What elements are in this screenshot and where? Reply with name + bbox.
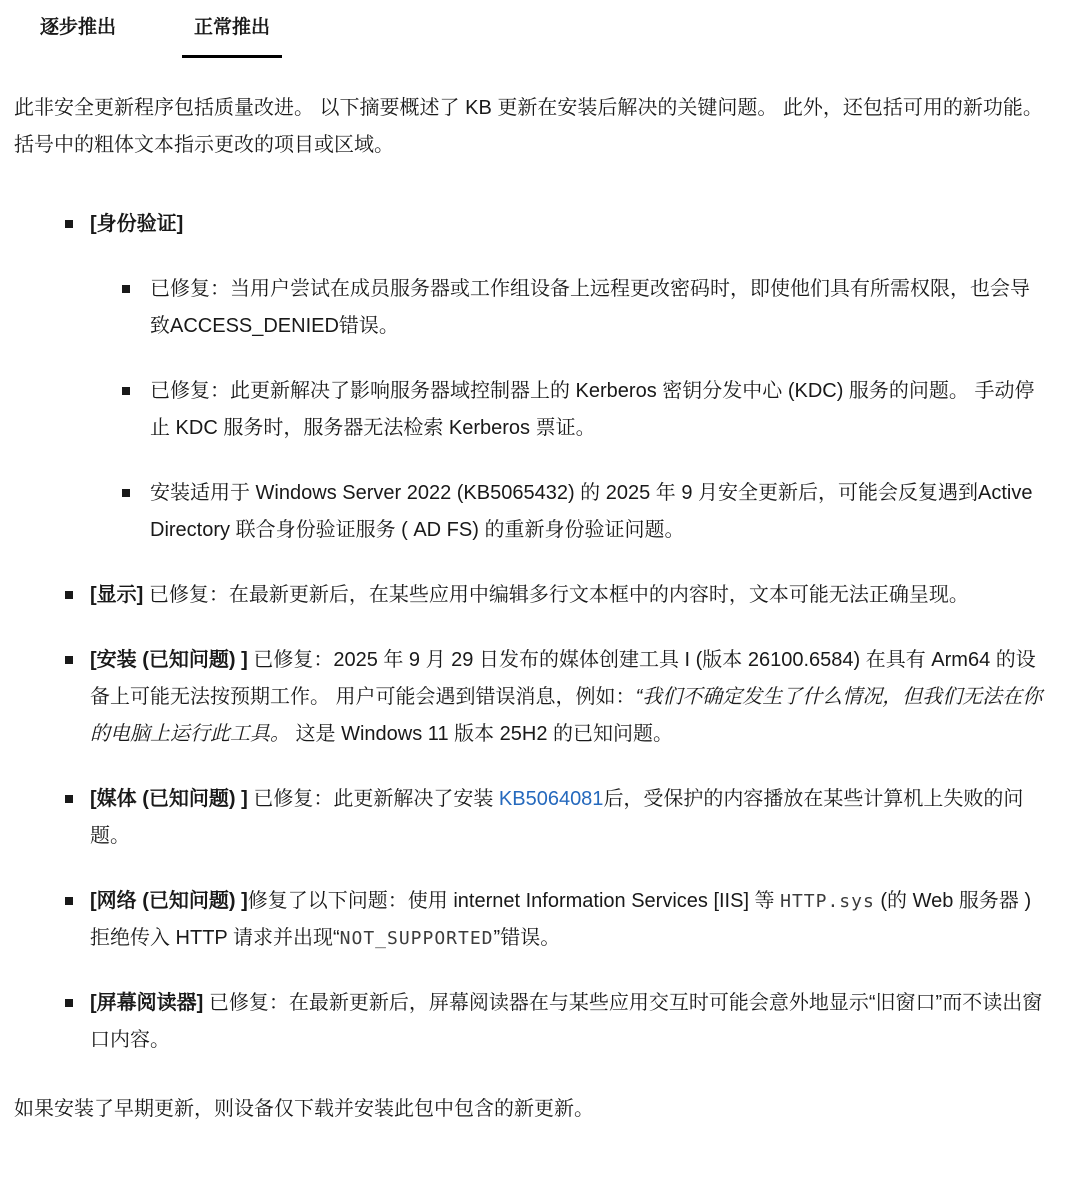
list-item-network: [网络 (已知问题) ]修复了以下问题：使用 internet Informat… — [65, 883, 1048, 957]
section-label-media: [媒体 (已知问题) ] — [90, 788, 248, 810]
section-label-screen-reader: [屏幕阅读器] — [90, 992, 203, 1014]
list-item-auth-password: 已修复：当用户尝试在成员服务器或工作组设备上远程更改密码时，即使他们具有所需权限… — [122, 271, 1048, 345]
list-item-media: [媒体 (已知问题) ] 已修复：此更新解决了安装 KB5064081后，受保护… — [65, 781, 1048, 855]
code-http-sys: HTTP.sys — [780, 891, 875, 912]
update-list: [身份验证] 已修复：当用户尝试在成员服务器或工作组设备上远程更改密码时，即使他… — [14, 206, 1048, 1059]
list-item-auth-adfs: 安装适用于 Windows Server 2022 (KB5065432) 的 … — [122, 475, 1048, 549]
list-item-display: [显示] 已修复：在最新更新后，在某些应用中编辑多行文本框中的内容时，文本可能无… — [65, 577, 1048, 614]
intro-paragraph: 此非安全更新程序包括质量改进。 以下摘要概述了 KB 更新在安装后解决的关键问题… — [14, 90, 1048, 164]
code-not-supported: NOT_SUPPORTED — [340, 928, 494, 949]
tab-normal-rollout[interactable]: 正常推出 — [182, 14, 282, 58]
update-notes-page: 逐步推出 正常推出 此非安全更新程序包括质量改进。 以下摘要概述了 KB 更新在… — [0, 0, 1080, 1152]
network-text-3: ”错误。 — [494, 927, 561, 949]
kb5064081-link[interactable]: KB5064081 — [499, 788, 604, 810]
list-item-auth-kdc: 已修复：此更新解决了影响服务器域控制器上的 Kerberos 密钥分发中心 (K… — [122, 373, 1048, 447]
list-item-authentication: [身份验证] 已修复：当用户尝试在成员服务器或工作组设备上远程更改密码时，即使他… — [65, 206, 1048, 549]
install-text-2: 这是 Windows 11 版本 25H2 的已知问题。 — [290, 723, 673, 745]
section-label-network: [网络 (已知问题) ] — [90, 890, 248, 912]
media-text-1: 已修复：此更新解决了安装 — [248, 788, 499, 810]
section-label-install: [安装 (已知问题) ] — [90, 649, 248, 671]
section-label-display: [显示] — [90, 584, 143, 606]
authentication-sublist: 已修复：当用户尝试在成员服务器或工作组设备上远程更改密码时，即使他们具有所需权限… — [90, 271, 1048, 549]
section-label-authentication: [身份验证] — [90, 213, 183, 235]
tab-gradual-rollout[interactable]: 逐步推出 — [28, 14, 128, 58]
footer-note: 如果安装了早期更新，则设备仅下载并安装此包中包含的新更新。 — [14, 1091, 1048, 1128]
network-text-1: 修复了以下问题：使用 internet Information Services… — [248, 890, 780, 912]
display-text: 已修复：在最新更新后，在某些应用中编辑多行文本框中的内容时，文本可能无法正确呈现… — [143, 584, 969, 606]
list-item-screen-reader: [屏幕阅读器] 已修复：在最新更新后，屏幕阅读器在与某些应用交互时可能会意外地显… — [65, 985, 1048, 1059]
screen-reader-text: 已修复：在最新更新后，屏幕阅读器在与某些应用交互时可能会意外地显示“旧窗口”而不… — [90, 992, 1042, 1051]
tab-bar: 逐步推出 正常推出 — [14, 14, 1048, 58]
list-item-install: [安装 (已知问题) ] 已修复：2025 年 9 月 29 日发布的媒体创建工… — [65, 642, 1048, 753]
